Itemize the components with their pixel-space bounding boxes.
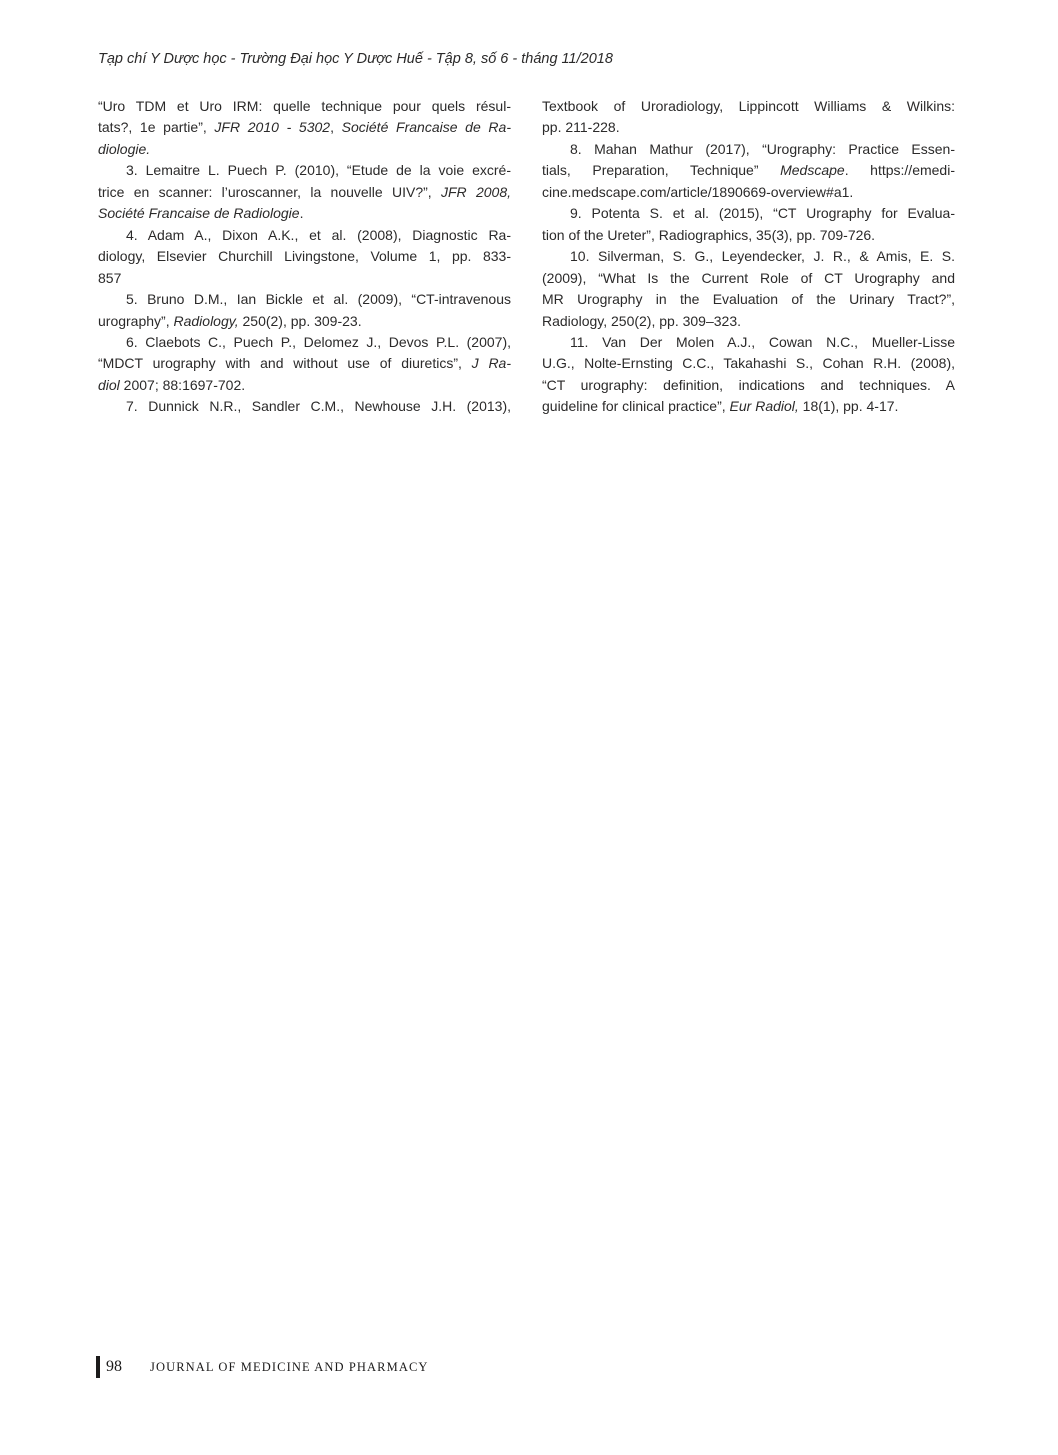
- reference-text: cine.medscape.com/article/1890669-overvi…: [542, 184, 853, 200]
- reference-line: “CT urography: definition, indications a…: [542, 375, 955, 396]
- reference-line: “MDCT urography with and without use of …: [98, 353, 511, 374]
- reference-text: “CT urography: definition, indications a…: [542, 377, 955, 393]
- reference-text: MR Urography in the Evaluation of the Ur…: [542, 291, 955, 307]
- journal-header: Tạp chí Y Dược học - Trường Đại học Y Dư…: [98, 51, 613, 67]
- reference-line: urography”, Radiology, 250(2), pp. 309-2…: [98, 311, 511, 332]
- reference-line: trice en scanner: l’uroscanner, la nouve…: [98, 182, 511, 203]
- reference-line: 4. Adam A., Dixon A.K., et al. (2008), D…: [98, 225, 511, 246]
- reference-text-italic: diologie.: [98, 141, 150, 157]
- reference-line: tion of the Ureter”, Radiographics, 35(3…: [542, 225, 955, 246]
- reference-line: 11. Van Der Molen A.J., Cowan N.C., Muel…: [542, 332, 955, 353]
- reference-line: U.G., Nolte-Ernsting C.C., Takahashi S.,…: [542, 353, 955, 374]
- page-number: 98: [106, 1358, 122, 1376]
- reference-text-italic: Medscape: [780, 162, 845, 178]
- reference-line: Société Francaise de Radiologie.: [98, 203, 511, 224]
- reference-line: diologie.: [98, 139, 511, 160]
- reference-text-italic: Société Francaise de Ra-: [342, 119, 511, 135]
- reference-line: Radiology, 250(2), pp. 309–323.: [542, 311, 955, 332]
- reference-text: trice en scanner: l’uroscanner, la nouve…: [98, 184, 441, 200]
- reference-text: 11. Van Der Molen A.J., Cowan N.C., Muel…: [570, 334, 955, 350]
- reference-text: 857: [98, 270, 121, 286]
- reference-line: 10. Silverman, S. G., Leyendecker, J. R.…: [542, 246, 955, 267]
- reference-text: (2009), “What Is the Current Role of CT …: [542, 270, 955, 286]
- footer-bar-decoration: [96, 1356, 100, 1378]
- reference-line: cine.medscape.com/article/1890669-overvi…: [542, 182, 955, 203]
- reference-line: pp. 211-228.: [542, 117, 955, 138]
- reference-line: Textbook of Uroradiology, Lippincott Wil…: [542, 96, 955, 117]
- reference-line: 3. Lemaitre L. Puech P. (2010), “Etude d…: [98, 160, 511, 181]
- reference-text: 7. Dunnick N.R., Sandler C.M., Newhouse …: [126, 398, 511, 414]
- journal-page: Tạp chí Y Dược học - Trường Đại học Y Dư…: [0, 0, 1058, 1455]
- reference-text: ,: [330, 119, 342, 135]
- reference-line: 6. Claebots C., Puech P., Delomez J., De…: [98, 332, 511, 353]
- reference-text-italic: JFR 2010 - 5302: [214, 119, 330, 135]
- reference-text-italic: Eur Radiol,: [730, 398, 799, 414]
- reference-line: MR Urography in the Evaluation of the Ur…: [542, 289, 955, 310]
- reference-text: urography”,: [98, 313, 173, 329]
- reference-line: 8. Mahan Mathur (2017), “Urography: Prac…: [542, 139, 955, 160]
- reference-text-italic: J Ra-: [472, 355, 511, 371]
- reference-text: 3. Lemaitre L. Puech P. (2010), “Etude d…: [126, 162, 511, 178]
- reference-text: tats?, 1e partie”,: [98, 119, 214, 135]
- reference-text: 8. Mahan Mathur (2017), “Urography: Prac…: [570, 141, 955, 157]
- reference-text: “MDCT urography with and without use of …: [98, 355, 472, 371]
- reference-text: 9. Potenta S. et al. (2015), “CT Urograp…: [570, 205, 955, 221]
- reference-line: 7. Dunnick N.R., Sandler C.M., Newhouse …: [98, 396, 511, 417]
- reference-text: pp. 211-228.: [542, 119, 620, 135]
- reference-text: guideline for clinical practice”,: [542, 398, 730, 414]
- journal-name: JOURNAL OF MEDICINE AND PHARMACY: [150, 1360, 429, 1375]
- reference-line: 857: [98, 268, 511, 289]
- reference-line: diology, Elsevier Churchill Livingstone,…: [98, 246, 511, 267]
- reference-line: 9. Potenta S. et al. (2015), “CT Urograp…: [542, 203, 955, 224]
- reference-text: tion of the Ureter”, Radiographics, 35(3…: [542, 227, 875, 243]
- reference-text: tials, Preparation, Technique”: [542, 162, 780, 178]
- reference-text: 10. Silverman, S. G., Leyendecker, J. R.…: [570, 248, 955, 264]
- reference-line: tats?, 1e partie”, JFR 2010 - 5302, Soci…: [98, 117, 511, 138]
- reference-line: “Uro TDM et Uro IRM: quelle technique po…: [98, 96, 511, 117]
- reference-text: Radiology, 250(2), pp. 309–323.: [542, 313, 741, 329]
- page-footer: 98 JOURNAL OF MEDICINE AND PHARMACY: [96, 1356, 429, 1378]
- reference-text: 18(1), pp. 4-17.: [799, 398, 899, 414]
- reference-text: . https://emedi-: [845, 162, 955, 178]
- references-column-left: “Uro TDM et Uro IRM: quelle technique po…: [98, 96, 511, 418]
- reference-text: Textbook of Uroradiology, Lippincott Wil…: [542, 98, 955, 114]
- reference-line: guideline for clinical practice”, Eur Ra…: [542, 396, 955, 417]
- reference-text: 5. Bruno D.M., Ian Bickle et al. (2009),…: [126, 291, 511, 307]
- reference-text: 2007; 88:1697-702.: [120, 377, 245, 393]
- references-column-right: Textbook of Uroradiology, Lippincott Wil…: [542, 96, 955, 418]
- reference-text: .: [300, 205, 304, 221]
- reference-text-italic: Société Francaise de Radiologie: [98, 205, 300, 221]
- reference-line: diol 2007; 88:1697-702.: [98, 375, 511, 396]
- reference-text-italic: diol: [98, 377, 120, 393]
- reference-text-italic: Radiology,: [173, 313, 238, 329]
- reference-line: tials, Preparation, Technique” Medscape.…: [542, 160, 955, 181]
- reference-text: diology, Elsevier Churchill Livingstone,…: [98, 248, 511, 264]
- references-content: “Uro TDM et Uro IRM: quelle technique po…: [98, 96, 955, 418]
- reference-text-italic: JFR 2008,: [441, 184, 511, 200]
- reference-text: U.G., Nolte-Ernsting C.C., Takahashi S.,…: [542, 355, 955, 371]
- reference-text: 250(2), pp. 309-23.: [239, 313, 362, 329]
- reference-text: 6. Claebots C., Puech P., Delomez J., De…: [126, 334, 511, 350]
- reference-line: 5. Bruno D.M., Ian Bickle et al. (2009),…: [98, 289, 511, 310]
- reference-text: “Uro TDM et Uro IRM: quelle technique po…: [98, 98, 511, 114]
- reference-line: (2009), “What Is the Current Role of CT …: [542, 268, 955, 289]
- reference-text: 4. Adam A., Dixon A.K., et al. (2008), D…: [126, 227, 511, 243]
